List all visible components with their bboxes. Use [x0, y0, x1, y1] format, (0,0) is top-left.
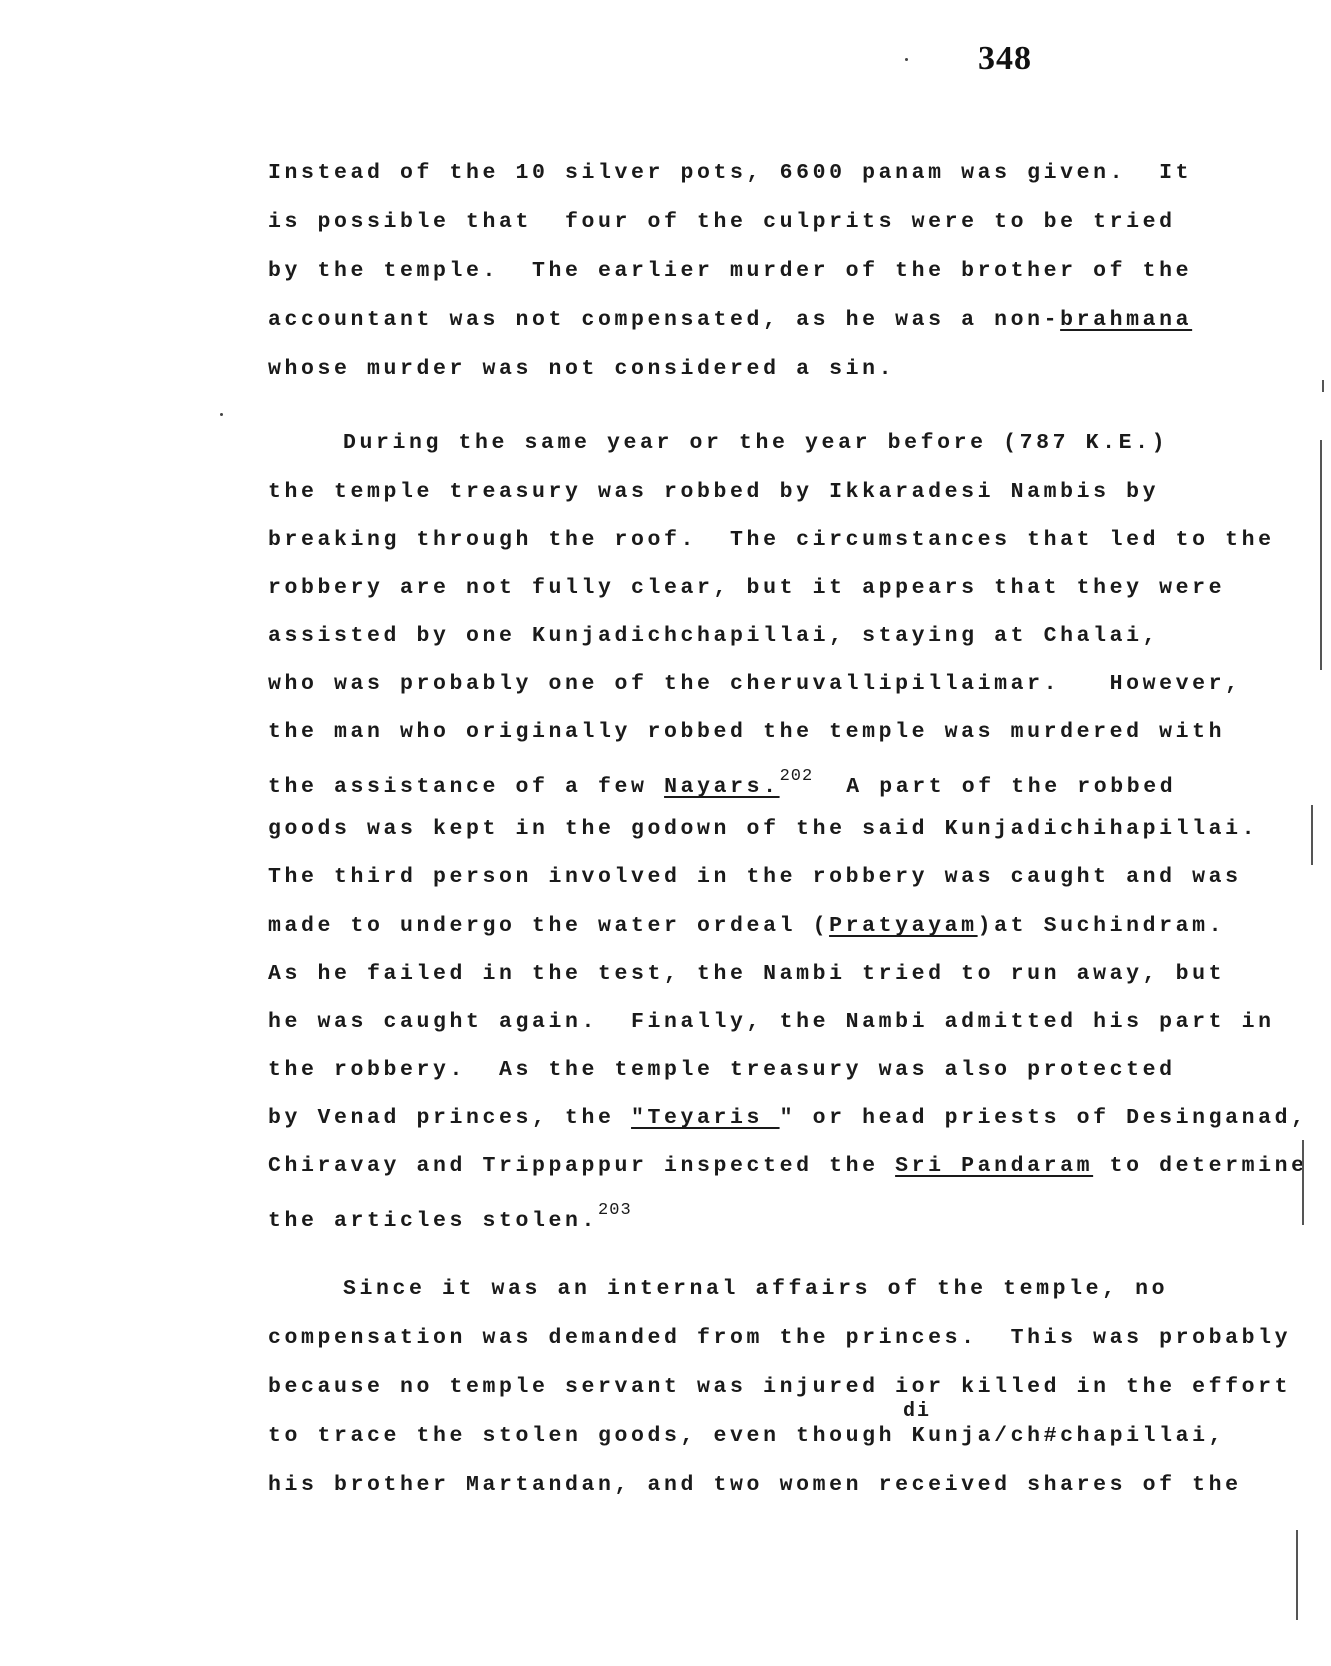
footnote-ref: 203	[598, 1201, 632, 1220]
text-line: Instead of the 10 silver pots, 6600 pana…	[268, 160, 1192, 186]
underlined-term: Pratyayam	[829, 914, 978, 938]
scan-margin-mark	[1296, 1530, 1298, 1620]
text-line: The third person involved in the robbery…	[268, 864, 1242, 890]
text-line: breaking through the roof. The circumsta…	[268, 527, 1275, 553]
text-line: his brother Martandan, and two women rec…	[268, 1472, 1242, 1498]
text-line: who was probably one of the cheruvallipi…	[268, 671, 1242, 697]
underlined-term: Sri Pandaram	[895, 1154, 1093, 1178]
text-line: accountant was not compensated, as he wa…	[268, 307, 1192, 333]
scan-speck	[220, 413, 223, 416]
scan-margin-mark	[1320, 440, 1322, 670]
text-line: the articles stolen.203	[268, 1202, 632, 1234]
text-line: the robbery. As the temple treasury was …	[268, 1057, 1176, 1083]
scan-speck	[905, 58, 908, 61]
text-line: compensation was demanded from the princ…	[268, 1325, 1291, 1351]
text-line: by the temple. The earlier murder of the…	[268, 258, 1192, 284]
footnote-ref: 202	[780, 767, 814, 786]
text-line: the temple treasury was robbed by Ikkara…	[268, 479, 1159, 505]
scan-margin-mark	[1322, 380, 1324, 392]
text-line: As he failed in the test, the Nambi trie…	[268, 961, 1225, 987]
text-line: goods was kept in the godown of the said…	[268, 816, 1258, 842]
text-line: made to undergo the water ordeal (Pratya…	[268, 913, 1225, 939]
text-line: he was caught again. Finally, the Nambi …	[268, 1009, 1275, 1035]
page-number: 348	[978, 40, 1032, 78]
text-line: Chiravay and Trippappur inspected the Sr…	[268, 1153, 1308, 1179]
text-line: During the same year or the year before …	[343, 430, 1168, 456]
text-line: because no temple servant was injured io…	[268, 1374, 1291, 1400]
text-line: the assistance of a few Nayars.202 A par…	[268, 768, 1176, 800]
text-line: whose murder was not considered a sin.	[268, 356, 895, 382]
text-line: Since it was an internal affairs of the …	[343, 1276, 1168, 1302]
scan-margin-mark	[1311, 805, 1313, 865]
text-line: assisted by one Kunjadichchapillai, stay…	[268, 623, 1159, 649]
text-line: robbery are not fully clear, but it appe…	[268, 575, 1225, 601]
scan-margin-mark	[1302, 1140, 1304, 1225]
text-line: by Venad princes, the "Teyaris " or head…	[268, 1105, 1308, 1131]
interlinear-correction: di	[903, 1400, 931, 1423]
underlined-term: Nayars.	[664, 775, 780, 799]
text-line: the man who originally robbed the temple…	[268, 719, 1225, 745]
underlined-term: brahmana	[1060, 308, 1192, 332]
text-line: is possible that four of the culprits we…	[268, 209, 1176, 235]
underlined-term: "Teyaris	[631, 1106, 780, 1130]
text-line: to trace the stolen goods, even though K…	[268, 1423, 1225, 1449]
